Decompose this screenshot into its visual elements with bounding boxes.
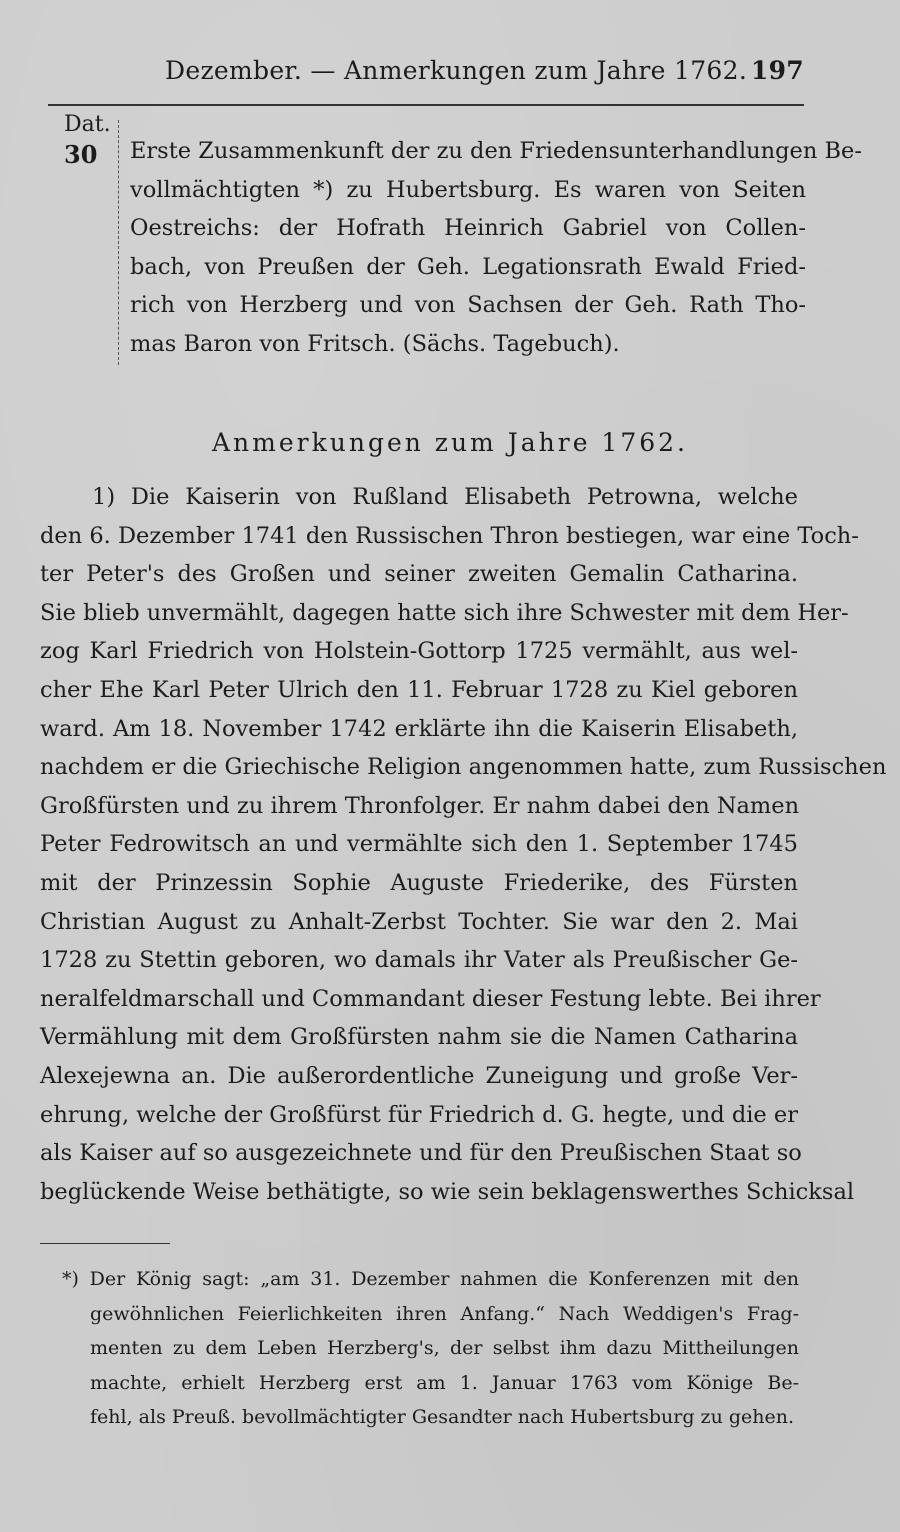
text-line: 1) Die Kaiserin von Rußland Elisabeth Pe… <box>40 478 798 517</box>
text-line: Sie blieb unvermählt, dagegen hatte sich… <box>40 594 798 633</box>
section-heading: Anmerkungen zum Jahre 1762. <box>0 428 900 457</box>
text-line: Christian August zu Anhalt-Zerbst Tochte… <box>40 903 798 942</box>
diary-entry: Dat. 30 Erste Zusammenkunft der zu den F… <box>40 112 810 362</box>
text-line: cher Ehe Karl Peter Ulrich den 11. Febru… <box>40 671 798 710</box>
text-line: zog Karl Friedrich von Holstein-Gottorp … <box>40 632 798 671</box>
text-line: ward. Am 18. November 1742 erklärte ihn … <box>40 710 798 749</box>
date-day: 30 <box>64 140 97 169</box>
footnote-line: menten zu dem Leben Herzberg's, der selb… <box>62 1331 799 1366</box>
text-line: bach, von Preußen der Geh. Legationsrath… <box>130 248 806 287</box>
text-line: beglückende Weise bethätigte, so wie sei… <box>40 1173 798 1212</box>
footnote-rule <box>40 1243 170 1244</box>
text-line: ehrung, welche der Großfürst für Friedri… <box>40 1096 798 1135</box>
text-line: Alexejewna an. Die außerordentliche Zune… <box>40 1057 798 1096</box>
footnote: *) Der König sagt: „am 31. Dezember nahm… <box>62 1262 799 1435</box>
running-head-title: Dezember. — Anmerkungen zum Jahre 1762. <box>165 56 747 85</box>
book-page: Dezember. — Anmerkungen zum Jahre 1762. … <box>0 0 900 1532</box>
text-line: Peter Fedrowitsch an und vermählte sich … <box>40 825 798 864</box>
footnote-line: *) Der König sagt: „am 31. Dezember nahm… <box>62 1262 799 1297</box>
text-line: neralfeldmarschall und Commandant dieser… <box>40 980 798 1019</box>
footnote-line: gewöhnlichen Feierlichkeiten ihren Anfan… <box>62 1297 799 1332</box>
text-line: Oestreichs: der Hofrath Heinrich Gabriel… <box>130 209 806 248</box>
page-number: 197 <box>751 56 804 85</box>
text-line: rich von Herzberg und von Sachsen der Ge… <box>130 286 806 325</box>
header-rule <box>48 104 804 106</box>
footnote-line: machte, erhielt Herzberg erst am 1. Janu… <box>62 1366 799 1401</box>
text-line: 1728 zu Stettin geboren, wo damals ihr V… <box>40 941 798 980</box>
entry-text: Erste Zusammenkunft der zu den Friedensu… <box>130 132 806 364</box>
text-line: nachdem er die Griechische Religion ange… <box>40 748 798 787</box>
body-text: 1) Die Kaiserin von Rußland Elisabeth Pe… <box>40 478 798 1211</box>
running-head: Dezember. — Anmerkungen zum Jahre 1762. … <box>40 52 800 92</box>
footnote-line: fehl, als Preuß. bevollmächtigter Gesand… <box>62 1400 799 1435</box>
text-line: als Kaiser auf so ausgezeichnete und für… <box>40 1134 798 1173</box>
text-line: Erste Zusammenkunft der zu den Friedensu… <box>130 132 806 171</box>
text-line: mas Baron von Fritsch. (Sächs. Tagebuch)… <box>130 325 806 364</box>
text-line: Großfürsten und zu ihrem Thronfolger. Er… <box>40 787 798 826</box>
text-line: mit der Prinzessin Sophie Auguste Friede… <box>40 864 798 903</box>
text-line: ter Peter's des Großen und seiner zweite… <box>40 555 798 594</box>
text-line: Vermählung mit dem Großfürsten nahm sie … <box>40 1018 798 1057</box>
margin-rule <box>118 120 119 365</box>
text-line: vollmächtigten *) zu Hubertsburg. Es war… <box>130 171 806 210</box>
date-label: Dat. <box>64 112 111 137</box>
text-line: den 6. Dezember 1741 den Russischen Thro… <box>40 517 798 556</box>
